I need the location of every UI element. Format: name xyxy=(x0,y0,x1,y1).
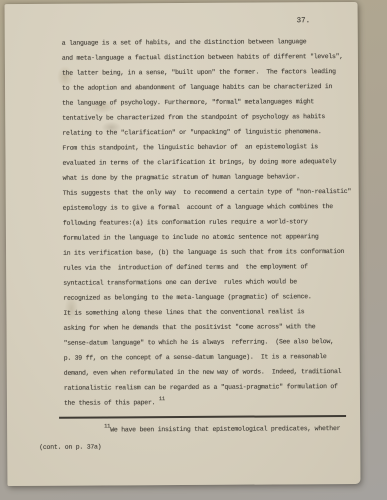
footnote-body: We have been insisting that epistemologi… xyxy=(110,425,340,433)
text-line: epistemology is to give a formal account… xyxy=(63,199,359,216)
text-line-final: the thesis of this paper. xyxy=(64,399,159,407)
text-line: rationalistic realism can be regarded as… xyxy=(64,379,360,396)
scanned-document: { "colors": { "scan_background": "#aaa29… xyxy=(0,0,387,500)
footnote-reference: 11 xyxy=(159,395,165,402)
footnote-continuation: (cont. on p. 37a) xyxy=(39,443,101,450)
body-text: a language is a set of habits, and the d… xyxy=(62,34,360,411)
page-number: 37. xyxy=(297,17,311,25)
text-line: evaluated in terms of the clarification … xyxy=(62,154,358,171)
text-line: in its verification base, (b) the langua… xyxy=(63,244,359,261)
text-line-with-footnote-ref: the thesis of this paper. 11 xyxy=(64,394,360,411)
manuscript-page: 37. a language is a set of habits, and t… xyxy=(5,2,361,486)
footnote-text: 11We have been insisting that epistemolo… xyxy=(104,425,340,433)
footnote-divider xyxy=(59,415,346,418)
